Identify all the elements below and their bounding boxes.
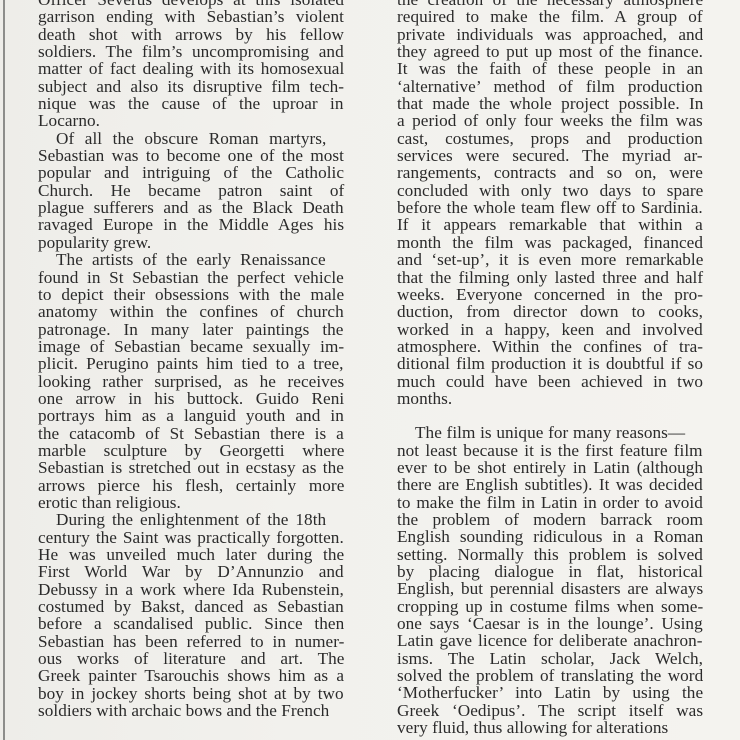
text-line: months. <box>379 390 703 407</box>
text-line: cropping up in costume films when some- <box>379 598 703 615</box>
text-line: popularity grew. <box>20 234 344 251</box>
text-line: ous works of literature and art. The <box>20 650 344 667</box>
text-line: Church. He became patron saint of <box>20 182 344 199</box>
text-line: Sebastian is stretched out in ecstasy as… <box>20 459 344 476</box>
text-line: they agreed to put up most of the financ… <box>379 43 703 60</box>
text-line: English, but perennial disasters are alw… <box>379 580 703 597</box>
text-line: atmosphere. Within the confines of tra- <box>379 338 703 355</box>
text-line: patronage. In many later paintings the <box>20 321 344 338</box>
text-line: a period of only four weeks the film was <box>379 112 703 129</box>
text-line: subject and also its disruptive film tec… <box>20 78 344 95</box>
text-line: not least because it is the first featur… <box>379 442 703 459</box>
text-line: Latin gave licence for deliberate anachr… <box>379 632 703 649</box>
text-line: death shot with arrows by his fellow <box>20 26 344 43</box>
text-line: that made the whole project possible. In <box>379 95 703 112</box>
text-line: The artists of the early Renaissance <box>20 251 344 268</box>
paragraph: the creation of the necessary atmosphere… <box>379 0 703 407</box>
text-line: Greek ‘Oedipus’. The script itself was <box>379 702 703 719</box>
scanned-page: Officer Severus develops at this isolate… <box>0 0 740 740</box>
text-line: worked in a happy, keen and involved <box>379 321 703 338</box>
text-line: He was unveiled much later during the <box>20 546 344 563</box>
text-line: First World War by D’Annunzio and <box>20 563 344 580</box>
text-line: If it appears remarkable that within a <box>379 216 703 233</box>
text-line: looking rather surprised, as he receives <box>20 373 344 390</box>
text-line: ravaged Europe in the Middle Ages his <box>20 216 344 233</box>
text-line: soldiers. The film’s uncompromising and <box>20 43 344 60</box>
text-line: to depict their obsessions with the male <box>20 286 344 303</box>
text-line: plicit. Perugino paints him tied to a tr… <box>20 355 344 372</box>
text-line: ‘Motherfucker’ into Latin by using the <box>379 684 703 701</box>
text-line: ever to be shot entirely in Latin (altho… <box>379 459 703 476</box>
text-line: weeks. Everyone concerned in the pro- <box>379 286 703 303</box>
text-line: boy in jockey shorts being shot at by tw… <box>20 685 344 702</box>
text-line: arrows pierce his flesh, certainly more <box>20 477 344 494</box>
text-line: cast, costumes, props and production <box>379 130 703 147</box>
text-line: one arrow in his buttock. Guido Reni <box>20 390 344 407</box>
text-line: marble sculpture by Georgetti where <box>20 442 344 459</box>
text-line: and ‘set-up’, it is even more remarkable <box>379 251 703 268</box>
text-line: Debussy in a work where Ida Rubenstein, <box>20 581 344 598</box>
text-line: before the whole team flew off to Sardin… <box>379 199 703 216</box>
text-line: that the filming only lasted three and h… <box>379 269 703 286</box>
text-line: much could have been achieved in two <box>379 373 703 390</box>
text-line: the problem of modern barrack room <box>379 511 703 528</box>
text-line: anatomy within the confines of church <box>20 303 344 320</box>
text-line: Locarno. <box>20 112 344 129</box>
text-line: solved the problem of translating the wo… <box>379 667 703 684</box>
text-line: before a scandalised public. Since then <box>20 615 344 632</box>
text-line: It was the faith of these people in an <box>379 60 703 77</box>
paragraph: The film is unique for many reasons—not … <box>379 424 703 736</box>
right-column: the creation of the necessary atmosphere… <box>379 0 703 736</box>
paragraph: During the enlightenment of the 18thcent… <box>20 511 344 719</box>
text-line: month the film was packaged, financed <box>379 234 703 251</box>
page-edge-rule <box>3 0 5 740</box>
text-line: one says ‘Caesar is in the lounge’. Usin… <box>379 615 703 632</box>
text-line: matter of fact dealing with its homosexu… <box>20 60 344 77</box>
text-line: image of Sebastian became sexually im- <box>20 338 344 355</box>
text-line: rangements, contracts and so on, were <box>379 164 703 181</box>
text-line: by placing dialogue in flat, historical <box>379 563 703 580</box>
text-line: During the enlightenment of the 18th <box>20 511 344 528</box>
text-line: setting. Normally this problem is solved <box>379 546 703 563</box>
text-line: Greek painter Tsarouchis shows him as a <box>20 667 344 684</box>
text-line: popular and intriguing of the Catholic <box>20 164 344 181</box>
left-column: Officer Severus develops at this isolate… <box>20 0 344 719</box>
text-line: century the Saint was practically forgot… <box>20 529 344 546</box>
text-line: plague sufferers and as the Black Death <box>20 199 344 216</box>
text-line: very fluid, thus allowing for alteration… <box>379 719 703 736</box>
text-line: found in St Sebastian the perfect vehicl… <box>20 269 344 286</box>
text-line: Of all the obscure Roman martyrs, <box>20 130 344 147</box>
text-line: costumed by Bakst, danced as Sebastian <box>20 598 344 615</box>
text-line: The film is unique for many reasons— <box>379 424 703 441</box>
text-line: Sebastian was to become one of the most <box>20 147 344 164</box>
text-line: private individuals was approached, and <box>379 26 703 43</box>
text-line: the catacomb of St Sebastian there is a <box>20 425 344 442</box>
text-line: portrays him as a languid youth and in <box>20 407 344 424</box>
text-line: concluded with only two days to spare <box>379 182 703 199</box>
text-line: Sebastian has been referred to in numer- <box>20 633 344 650</box>
paragraph: Officer Severus develops at this isolate… <box>20 0 344 130</box>
text-line: there are English subtitles). It was dec… <box>379 476 703 493</box>
text-line: ‘alternative’ method of film production <box>379 78 703 95</box>
text-line: English sounding ridiculous in a Roman <box>379 528 703 545</box>
text-line: soldiers with archaic bows and the Frenc… <box>20 702 344 719</box>
text-line: to make the film in Latin in order to av… <box>379 494 703 511</box>
text-line: garrison ending with Sebastian’s violent <box>20 8 344 25</box>
text-line: nique was the cause of the uproar in <box>20 95 344 112</box>
text-line: duction, from director down to cooks, <box>379 303 703 320</box>
text-line: required to make the film. A group of <box>379 8 703 25</box>
text-line: isms. The Latin scholar, Jack Welch, <box>379 650 703 667</box>
text-line: services were secured. The myriad ar- <box>379 147 703 164</box>
text-line: ditional film production it is doubtful … <box>379 355 703 372</box>
paragraph: Of all the obscure Roman martyrs,Sebasti… <box>20 130 344 251</box>
paragraph: The artists of the early Renaissancefoun… <box>20 251 344 511</box>
text-line: erotic than religious. <box>20 494 344 511</box>
